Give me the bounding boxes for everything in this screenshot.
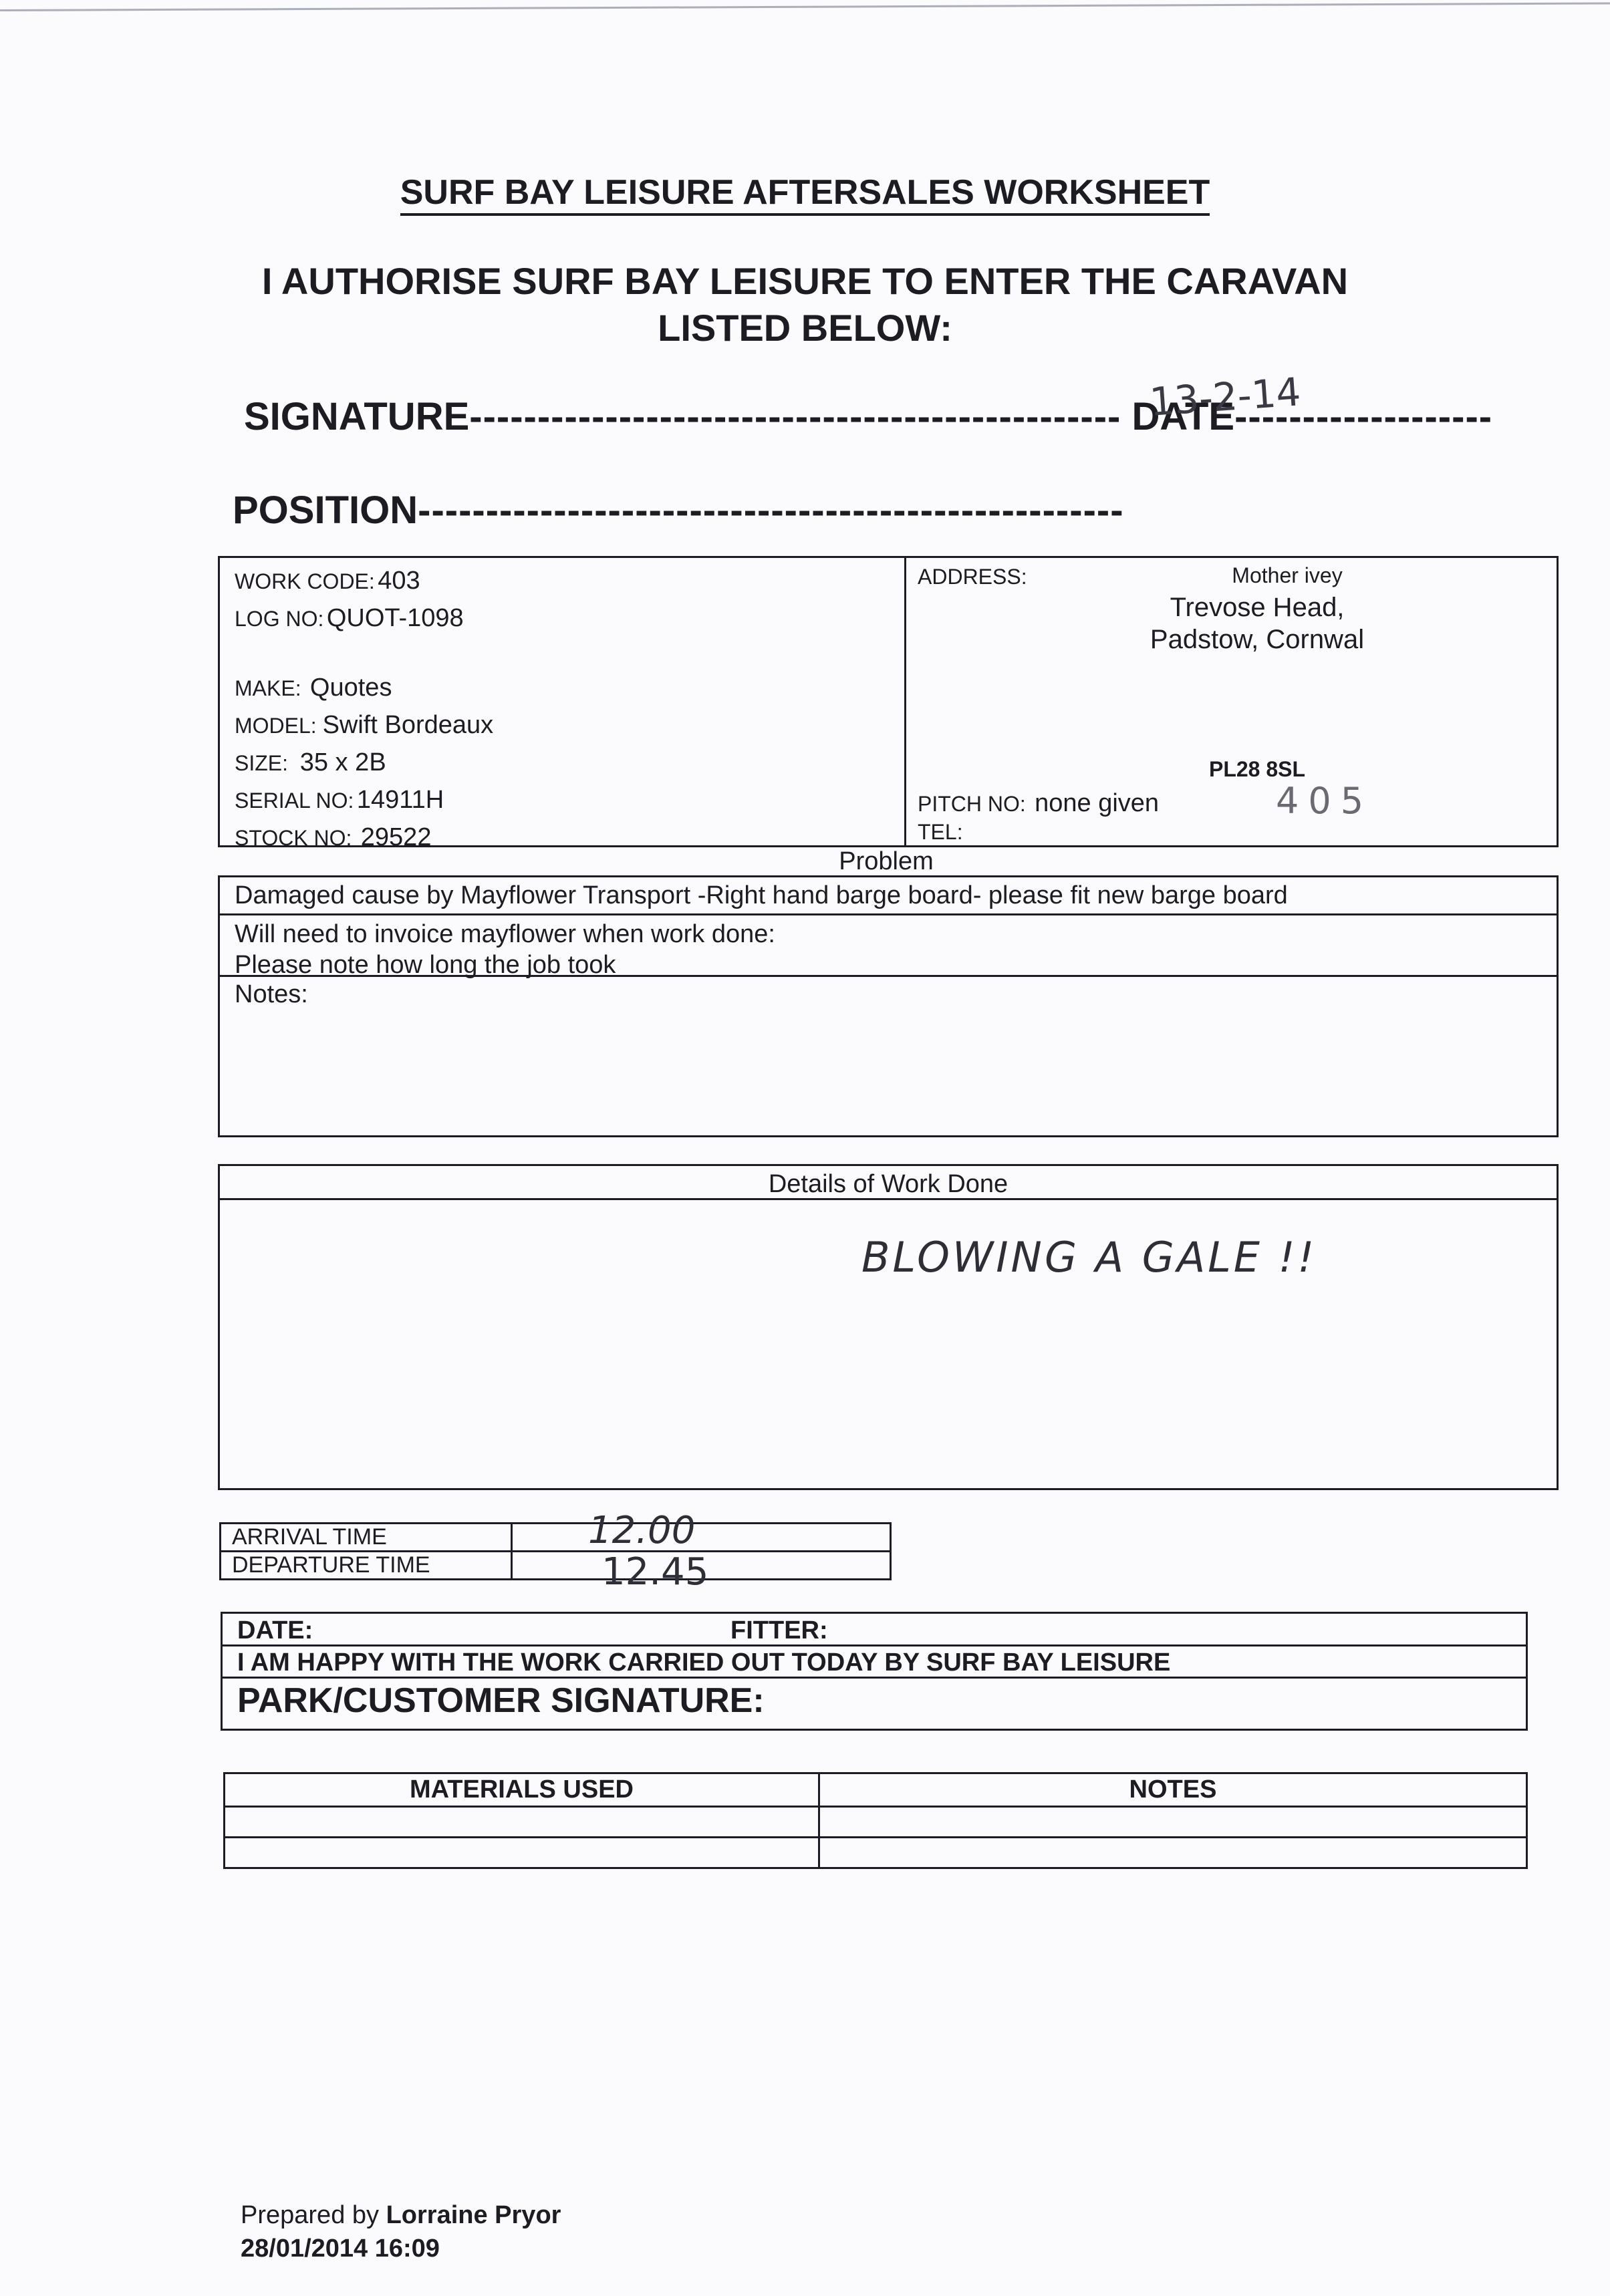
handwritten-pitch: 405 bbox=[1276, 780, 1373, 822]
address-line-1: Mother ivey bbox=[904, 563, 1557, 588]
prepared-by-label: Prepared by bbox=[241, 2201, 379, 2229]
serial-value: 14911H bbox=[357, 786, 444, 814]
caravan-details-box: WORK CODE: 403 LOG NO: QUOT-1098 MAKE: Q… bbox=[218, 556, 1559, 847]
work-done-box: Details of Work Done BLOWING A GALE !! bbox=[218, 1164, 1559, 1490]
scan-edge-line bbox=[0, 2, 1610, 11]
log-no-label: LOG NO: bbox=[235, 607, 323, 631]
work-done-heading: Details of Work Done bbox=[220, 1170, 1557, 1199]
table-row bbox=[225, 1807, 1527, 1838]
notes-header: NOTES bbox=[819, 1773, 1527, 1807]
authorisation-line-2: LISTED BELOW: bbox=[0, 306, 1610, 349]
fitter-label: FITTER: bbox=[730, 1616, 828, 1645]
table-row bbox=[225, 1838, 1527, 1868]
divider bbox=[220, 975, 1557, 977]
log-no-value: QUOT-1098 bbox=[327, 604, 464, 632]
prepared-by-footer: Prepared by Lorraine Pryor 28/01/2014 16… bbox=[241, 2198, 561, 2265]
make-label: MAKE: bbox=[235, 676, 301, 700]
notes-cell[interactable] bbox=[819, 1807, 1527, 1838]
caravan-info: WORK CODE: 403 LOG NO: QUOT-1098 MAKE: Q… bbox=[235, 565, 493, 859]
problem-heading: Problem bbox=[218, 847, 1555, 876]
pitch-value: none given bbox=[1035, 789, 1159, 817]
arrival-time-label: ARRIVAL TIME bbox=[221, 1524, 512, 1552]
divider bbox=[223, 1644, 1526, 1646]
instruction-1: Will need to invoice mayflower when work… bbox=[235, 919, 775, 950]
address-line-2: Trevose Head, bbox=[958, 591, 1557, 623]
position-label: POSITION bbox=[233, 488, 418, 532]
tel-label: TEL: bbox=[918, 820, 963, 844]
problem-box: Damaged cause by Mayflower Transport -Ri… bbox=[218, 875, 1559, 1137]
model-value: Swift Bordeaux bbox=[323, 711, 494, 739]
work-code-label: WORK CODE: bbox=[235, 569, 375, 593]
position-row: POSITION--------------------------------… bbox=[233, 488, 1124, 533]
work-code-value: 403 bbox=[378, 567, 420, 595]
materials-cell[interactable] bbox=[225, 1838, 819, 1868]
work-done-handwritten: BLOWING A GALE !! bbox=[861, 1233, 1317, 1282]
arrival-time-field[interactable] bbox=[512, 1524, 891, 1552]
make-value: Quotes bbox=[310, 674, 392, 702]
problem-description: Damaged cause by Mayflower Transport -Ri… bbox=[235, 881, 1288, 910]
serial-label: SERIAL NO: bbox=[235, 788, 354, 813]
customer-signature-field[interactable] bbox=[744, 1681, 1519, 1725]
size-value: 35 x 2B bbox=[300, 748, 386, 776]
signoff-date-label: DATE: bbox=[237, 1616, 313, 1645]
materials-cell[interactable] bbox=[225, 1807, 819, 1838]
position-field[interactable]: ----------------------------------------… bbox=[418, 488, 1123, 532]
signoff-box: DATE: FITTER: I AM HAPPY WITH THE WORK C… bbox=[221, 1612, 1528, 1731]
customer-signature-label: PARK/CUSTOMER SIGNATURE: bbox=[237, 1681, 765, 1721]
address-line-3: Padstow, Cornwal bbox=[958, 623, 1557, 656]
pitch-label: PITCH NO: bbox=[918, 792, 1026, 816]
signature-field[interactable]: ----------------------------------------… bbox=[469, 395, 1121, 438]
problem-instructions: Will need to invoice mayflower when work… bbox=[235, 919, 775, 980]
prepared-by-name: Lorraine Pryor bbox=[386, 2201, 561, 2229]
page-title-text: SURF BAY LEISURE AFTERSALES WORKSHEET bbox=[400, 173, 1210, 216]
divider bbox=[220, 1198, 1557, 1200]
address-lines: Trevose Head, Padstow, Cornwal bbox=[904, 591, 1557, 656]
pitch-row: PITCH NO: none given bbox=[918, 789, 1159, 818]
handwritten-departure-time: 12.45 bbox=[601, 1550, 708, 1594]
departure-time-label: DEPARTURE TIME bbox=[221, 1552, 512, 1580]
stock-label: STOCK NO: bbox=[235, 826, 352, 850]
times-table: ARRIVAL TIME DEPARTURE TIME bbox=[219, 1522, 892, 1580]
satisfaction-statement: I AM HAPPY WITH THE WORK CARRIED OUT TOD… bbox=[237, 1648, 1170, 1677]
postcode: PL28 8SL bbox=[904, 757, 1557, 782]
materials-used-header: MATERIALS USED bbox=[225, 1773, 819, 1807]
notes-cell[interactable] bbox=[819, 1838, 1527, 1868]
size-label: SIZE: bbox=[235, 751, 288, 775]
divider bbox=[220, 913, 1557, 915]
divider bbox=[223, 1677, 1526, 1679]
page-title: SURF BAY LEISURE AFTERSALES WORKSHEET bbox=[0, 172, 1610, 212]
authorisation-line-1: I AUTHORISE SURF BAY LEISURE TO ENTER TH… bbox=[0, 259, 1610, 303]
handwritten-arrival-time: 12.00 bbox=[588, 1509, 695, 1552]
model-label: MODEL: bbox=[235, 714, 317, 738]
signature-label: SIGNATURE bbox=[244, 395, 469, 438]
prepared-timestamp: 28/01/2014 16:09 bbox=[241, 2232, 561, 2265]
tel-row: TEL: bbox=[918, 820, 963, 845]
materials-table: MATERIALS USED NOTES bbox=[223, 1772, 1528, 1869]
notes-label: Notes: bbox=[235, 980, 308, 1009]
signature-row: SIGNATURE-------------------------------… bbox=[244, 394, 1492, 439]
notes-field[interactable] bbox=[220, 1008, 1557, 1133]
